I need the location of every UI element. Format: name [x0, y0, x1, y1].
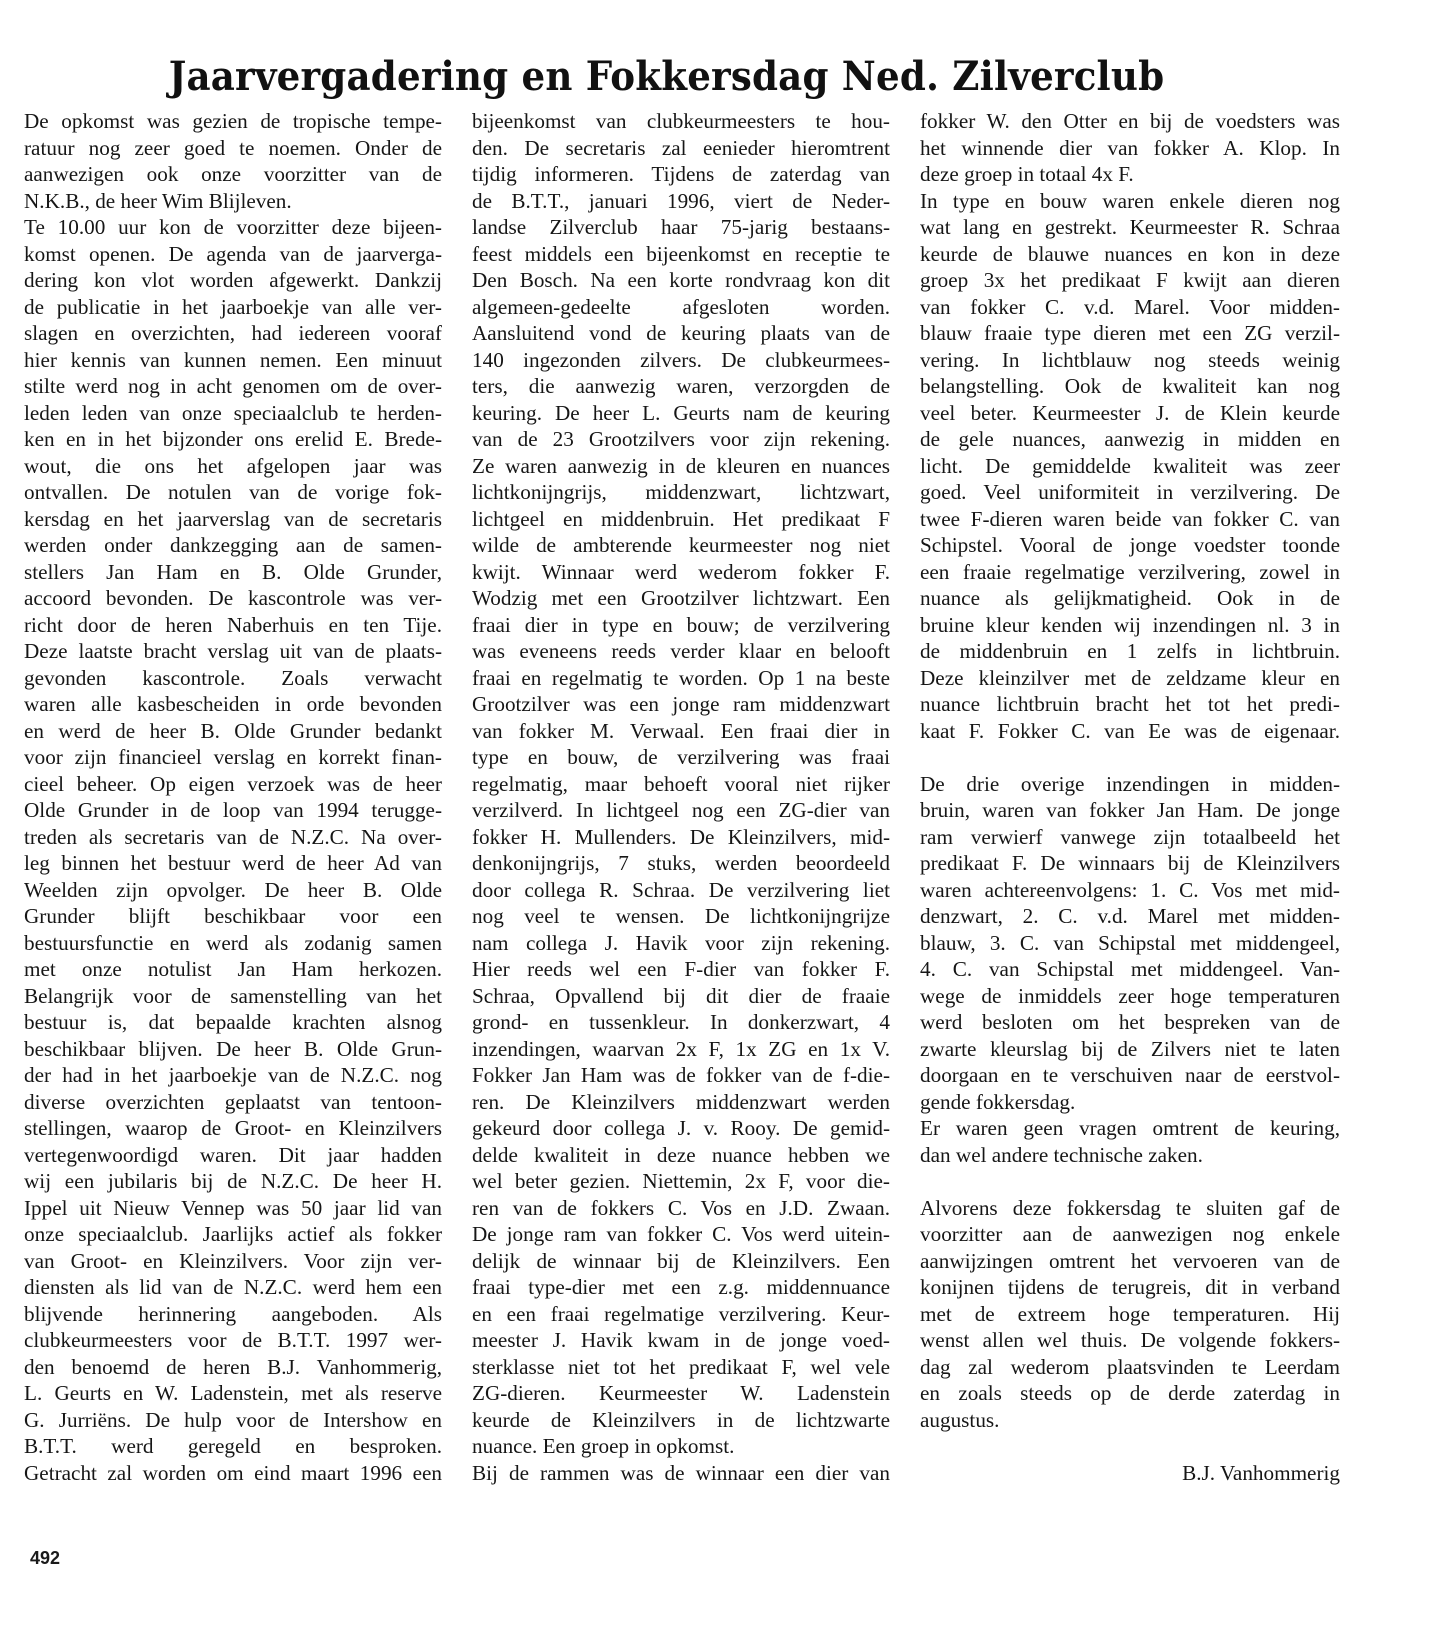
text-line: bestuursfunctie en werd als zodanig same… — [24, 930, 442, 957]
text-line: twee F-dieren waren beide van fokker C. … — [920, 506, 1340, 533]
text-line: lichtgeel en middenbruin. Het predikaat … — [472, 506, 890, 533]
text-line: meester J. Havik kwam in de jonge voed- — [472, 1327, 890, 1354]
text-line: Te 10.00 uur kon de voorzitter deze bije… — [24, 214, 442, 241]
text-line: landse Zilverclub haar 75-jarig bestaans… — [472, 214, 890, 241]
paragraph-spacer — [920, 744, 1340, 771]
text-line: doorgaan en te verschuiven naar de eerst… — [920, 1062, 1340, 1089]
text-line: wat lang en gestrekt. Keurmeester R. Sch… — [920, 214, 1340, 241]
text-line: treden als secretaris van de N.Z.C. Na o… — [24, 824, 442, 851]
text-line: dering kon vlot worden afgewerkt. Dankzi… — [24, 267, 442, 294]
text-line: gevonden kascontrole. Zoals verwacht — [24, 665, 442, 692]
text-line: nuance lichtbruin bracht het tot het pre… — [920, 691, 1340, 718]
text-line: vering. In lichtblauw nog steeds weinig — [920, 347, 1340, 374]
text-line: keurde de blauwe nuances en kon in deze — [920, 241, 1340, 268]
text-line: stilte werd nog in acht genomen om de ov… — [24, 373, 442, 400]
paragraph-spacer — [920, 1168, 1340, 1195]
text-line: fraai dier in type en bouw; de verzilver… — [472, 612, 890, 639]
text-line: licht. De gemiddelde kwaliteit was zeer — [920, 453, 1340, 480]
text-line: delijk de winnaar bij de Kleinzilvers. E… — [472, 1248, 890, 1275]
text-line: ken en in het bijzonder ons erelid E. Br… — [24, 426, 442, 453]
text-line: zwarte kleurslag bij de Zilvers niet te … — [920, 1036, 1340, 1063]
text-line: van fokker C. v.d. Marel. Voor midden- — [920, 294, 1340, 321]
text-line: blauw, 3. C. van Schipstal met middengee… — [920, 930, 1340, 957]
article-column-1: De opkomst was gezien de tropische tempe… — [24, 108, 442, 1486]
text-line: Aansluitend vond de keuring plaats van d… — [472, 320, 890, 347]
text-line: Grunder blijft beschikbaar voor een — [24, 903, 442, 930]
text-line: regelmatig, maar behoeft vooral niet rij… — [472, 771, 890, 798]
text-line: Ippel uit Nieuw Vennep was 50 jaar lid v… — [24, 1195, 442, 1222]
text-line: slagen en overzichten, had iedereen voor… — [24, 320, 442, 347]
text-line: cieel beheer. Op eigen verzoek was de he… — [24, 771, 442, 798]
text-line: met de extreem hoge temperaturen. Hij — [920, 1301, 1340, 1328]
text-line: wel beter gezien. Niettemin, 2x F, voor … — [472, 1168, 890, 1195]
text-line: kaat F. Fokker C. van Ee was de eigenaar… — [920, 718, 1340, 745]
text-line: L. Geurts en W. Ladenstein, met als rese… — [24, 1380, 442, 1407]
text-line: van de 23 Grootzilvers voor zijn rekenin… — [472, 426, 890, 453]
text-line: Olde Grunder in de loop van 1994 terugge… — [24, 797, 442, 824]
text-line: algemeen-gedeelte afgesloten worden. — [472, 294, 890, 321]
text-line: groep 3x het predikaat F kwijt aan diere… — [920, 267, 1340, 294]
text-line: de middenbruin en 1 zelfs in lichtbruin. — [920, 638, 1340, 665]
text-line: type en bouw, de verzilvering was fraai — [472, 744, 890, 771]
text-line: wenst allen wel thuis. De volgende fokke… — [920, 1327, 1340, 1354]
text-line: met onze notulist Jan Ham herkozen. — [24, 956, 442, 983]
text-line: werden onder dankzegging aan de samen- — [24, 532, 442, 559]
text-line: wilde de ambterende keurmeester nog niet — [472, 532, 890, 559]
text-line: aanwijzingen omtrent het vervoeren van d… — [920, 1248, 1340, 1275]
text-line: van fokker M. Verwaal. Een fraai dier in — [472, 718, 890, 745]
text-line: de B.T.T., januari 1996, viert de Neder- — [472, 188, 890, 215]
text-line: voor zijn financieel verslag en korrekt … — [24, 744, 442, 771]
article-title: Jaarvergadering en Fokkersdag Ned. Zilve… — [43, 49, 1373, 105]
text-line: een fraaie regelmatige verzilvering, zow… — [920, 559, 1340, 586]
text-line: nuance. Een groep in opkomst. — [472, 1433, 890, 1460]
text-line: B.T.T. werd geregeld en besproken. — [24, 1433, 442, 1460]
text-line: onze speciaalclub. Jaarlijks actief als … — [24, 1221, 442, 1248]
text-line: nuance als gelijkmatigheid. Ook in de — [920, 585, 1340, 612]
text-line: aanwezigen ook onze voorzitter van de — [24, 161, 442, 188]
text-line: ontvallen. De notulen van de vorige fok- — [24, 479, 442, 506]
text-line: Hier reeds wel een F-dier van fokker F. — [472, 956, 890, 983]
text-line: blauw fraaie type dieren met een ZG verz… — [920, 320, 1340, 347]
text-line: leg binnen het bestuur werd de heer Ad v… — [24, 850, 442, 877]
text-line: In type en bouw waren enkele dieren nog — [920, 188, 1340, 215]
text-line: verzilverd. In lichtgeel nog een ZG-dier… — [472, 797, 890, 824]
text-line: veel beter. Keurmeester J. de Klein keur… — [920, 400, 1340, 427]
text-line: tijdig informeren. Tijdens de zaterdag v… — [472, 161, 890, 188]
text-line: lichtkonijngrijs, middenzwart, lichtzwar… — [472, 479, 890, 506]
text-line: Deze laatste bracht verslag uit van de p… — [24, 638, 442, 665]
text-line: accoord bevonden. De kascontrole was ver… — [24, 585, 442, 612]
text-line: predikaat F. De winnaars bij de Kleinzil… — [920, 850, 1340, 877]
text-line: bijeenkomst van clubkeurmeesters te hou- — [472, 108, 890, 135]
text-line: augustus. — [920, 1407, 1340, 1434]
text-line: den. De secretaris zal eenieder hieromtr… — [472, 135, 890, 162]
text-line: waren alle kasbescheiden in orde bevonde… — [24, 691, 442, 718]
article-column-2: bijeenkomst van clubkeurmeesters te hou-… — [472, 108, 890, 1486]
text-line: bruine kleur kenden wij inzendingen nl. … — [920, 612, 1340, 639]
text-line: N.K.B., de heer Wim Blijleven. — [24, 188, 442, 215]
text-line: der had in het jaarboekje van de N.Z.C. … — [24, 1062, 442, 1089]
text-line: blijvende herinnering aangeboden. Als — [24, 1301, 442, 1328]
text-line: wege de inmiddels zeer hoge temperaturen — [920, 983, 1340, 1010]
text-line: konijnen tijdens de terugreis, dit in ve… — [920, 1274, 1340, 1301]
text-line: Ze waren aanwezig in de kleuren en nuanc… — [472, 453, 890, 480]
text-line: De opkomst was gezien de tropische tempe… — [24, 108, 442, 135]
text-line: de publicatie in het jaarboekje van alle… — [24, 294, 442, 321]
text-line: ratuur nog zeer goed te noemen. Onder de — [24, 135, 442, 162]
text-line: Wodzig met een Grootzilver lichtzwart. E… — [472, 585, 890, 612]
text-line: den benoemd de heren B.J. Vanhommerig, — [24, 1354, 442, 1381]
text-line: de gele nuances, aanwezig in midden en — [920, 426, 1340, 453]
text-line: keuring. De heer L. Geurts nam de keurin… — [472, 400, 890, 427]
text-line: wij een jubilaris bij de N.Z.C. De heer … — [24, 1168, 442, 1195]
text-line: beschikbaar blijven. De heer B. Olde Gru… — [24, 1036, 442, 1063]
text-line: delde kwaliteit in deze nuance hebben we — [472, 1142, 890, 1169]
page-number: 492 — [30, 1548, 60, 1569]
text-line: grond- en tussenkleur. In donkerzwart, 4 — [472, 1009, 890, 1036]
text-line: clubkeurmeesters voor de B.T.T. 1997 wer… — [24, 1327, 442, 1354]
text-line: van Groot- en Kleinzilvers. Voor zijn ve… — [24, 1248, 442, 1275]
text-line: Alvorens deze fokkersdag te sluiten gaf … — [920, 1195, 1340, 1222]
text-line: en een fraai regelmatige verzilvering. K… — [472, 1301, 890, 1328]
text-line: bestuur is, dat bepaalde krachten alsnog — [24, 1009, 442, 1036]
text-line: bruin, waren van fokker Jan Ham. De jong… — [920, 797, 1340, 824]
text-line: gekeurd door collega J. v. Rooy. De gemi… — [472, 1115, 890, 1142]
text-line: nog veel te wensen. De lichtkonijngrijze — [472, 903, 890, 930]
author-signature: B.J. Vanhommerig — [920, 1460, 1340, 1487]
text-line: was eveneens reeds verder klaar en beloo… — [472, 638, 890, 665]
text-line: 140 ingezonden zilvers. De clubkeurmees- — [472, 347, 890, 374]
text-line: kwijt. Winnaar werd wederom fokker F. — [472, 559, 890, 586]
text-line: gende fokkersdag. — [920, 1089, 1340, 1116]
text-line: fokker H. Mullenders. De Kleinzilvers, m… — [472, 824, 890, 851]
text-line: stellingen, waarop de Groot- en Kleinzil… — [24, 1115, 442, 1142]
text-line: Schipstel. Vooral de jonge voedster toon… — [920, 532, 1340, 559]
text-line: Den Bosch. Na een korte rondvraag kon di… — [472, 267, 890, 294]
text-line: werd besloten om het bespreken van de — [920, 1009, 1340, 1036]
text-line: richt door de heren Naberhuis en ten Tij… — [24, 612, 442, 639]
text-line: dag zal wederom plaatsvinden te Leerdam — [920, 1354, 1340, 1381]
text-line: nam collega J. Havik voor zijn rekening. — [472, 930, 890, 957]
text-line: diverse overzichten geplaatst van tentoo… — [24, 1089, 442, 1116]
text-line: en zoals steeds op de derde zaterdag in — [920, 1380, 1340, 1407]
text-line: dan wel andere technische zaken. — [920, 1142, 1340, 1169]
article-column-3: fokker W. den Otter en bij de voedsters … — [920, 108, 1340, 1486]
text-line: ZG-dieren. Keurmeester W. Ladenstein — [472, 1380, 890, 1407]
text-line: De drie overige inzendingen in midden- — [920, 771, 1340, 798]
text-line: diensten als lid van de N.Z.C. werd hem … — [24, 1274, 442, 1301]
text-line: keurde de Kleinzilvers in de lichtzwarte — [472, 1407, 890, 1434]
text-line: G. Jurriëns. De hulp voor de Intershow e… — [24, 1407, 442, 1434]
text-line: denzwart, 2. C. v.d. Marel met midden- — [920, 903, 1340, 930]
text-line: het winnende dier van fokker A. Klop. In — [920, 135, 1340, 162]
text-line: en werd de heer B. Olde Grunder bedankt — [24, 718, 442, 745]
text-line: vertegenwoordigd waren. Dit jaar hadden — [24, 1142, 442, 1169]
text-line: sterklasse niet tot het predikaat F, wel… — [472, 1354, 890, 1381]
text-line: stellers Jan Ham en B. Olde Grunder, — [24, 559, 442, 586]
text-line: inzendingen, waarvan 2x F, 1x ZG en 1x V… — [472, 1036, 890, 1063]
text-line: komst openen. De agenda van de jaarverga… — [24, 241, 442, 268]
text-line: De jonge ram van fokker C. Vos werd uite… — [472, 1221, 890, 1248]
text-line: fraai type-dier met een z.g. middennuanc… — [472, 1274, 890, 1301]
text-line: ram verwierf vanwege zijn totaalbeeld he… — [920, 824, 1340, 851]
text-line: fraai en regelmatig te worden. Op 1 na b… — [472, 665, 890, 692]
text-line: leden leden van onze speciaalclub te her… — [24, 400, 442, 427]
text-line: Fokker Jan Ham was de fokker van de f-di… — [472, 1062, 890, 1089]
text-line: Er waren geen vragen omtrent de keuring, — [920, 1115, 1340, 1142]
text-line: kersdag en het jaarverslag van de secret… — [24, 506, 442, 533]
text-line: denkonijngrijs, 7 stuks, werden beoordee… — [472, 850, 890, 877]
text-line: ren. De Kleinzilvers middenzwart werden — [472, 1089, 890, 1116]
text-line: deze groep in totaal 4x F. — [920, 161, 1340, 188]
text-line: ters, die aanwezig waren, verzorgden de — [472, 373, 890, 400]
text-line: Schraa, Opvallend bij dit dier de fraaie — [472, 983, 890, 1010]
text-line: door collega R. Schraa. De verzilvering … — [472, 877, 890, 904]
text-line: belangstelling. Ook de kwaliteit kan nog — [920, 373, 1340, 400]
text-line: fokker W. den Otter en bij de voedsters … — [920, 108, 1340, 135]
text-line: Deze kleinzilver met de zeldzame kleur e… — [920, 665, 1340, 692]
text-line: hier kennis van kunnen nemen. Een minuut — [24, 347, 442, 374]
text-line: Belangrijk voor de samenstelling van het — [24, 983, 442, 1010]
text-line: Weelden zijn opvolger. De heer B. Olde — [24, 877, 442, 904]
text-line: voorzitter aan de aanwezigen nog enkele — [920, 1221, 1340, 1248]
text-line: 4. C. van Schipstal met middengeel. Van- — [920, 956, 1340, 983]
paragraph-spacer — [920, 1433, 1340, 1460]
text-line: goed. Veel uniformiteit in verzilvering.… — [920, 479, 1340, 506]
text-line: ren van de fokkers C. Vos en J.D. Zwaan. — [472, 1195, 890, 1222]
text-line: wout, die ons het afgelopen jaar was — [24, 453, 442, 480]
text-line: Bij de rammen was de winnaar een dier va… — [472, 1460, 890, 1487]
text-line: Grootzilver was een jonge ram middenzwar… — [472, 691, 890, 718]
text-line: Getracht zal worden om eind maart 1996 e… — [24, 1460, 442, 1487]
text-line: waren achtereenvolgens: 1. C. Vos met mi… — [920, 877, 1340, 904]
text-line: feest middels een bijeenkomst en recepti… — [472, 241, 890, 268]
